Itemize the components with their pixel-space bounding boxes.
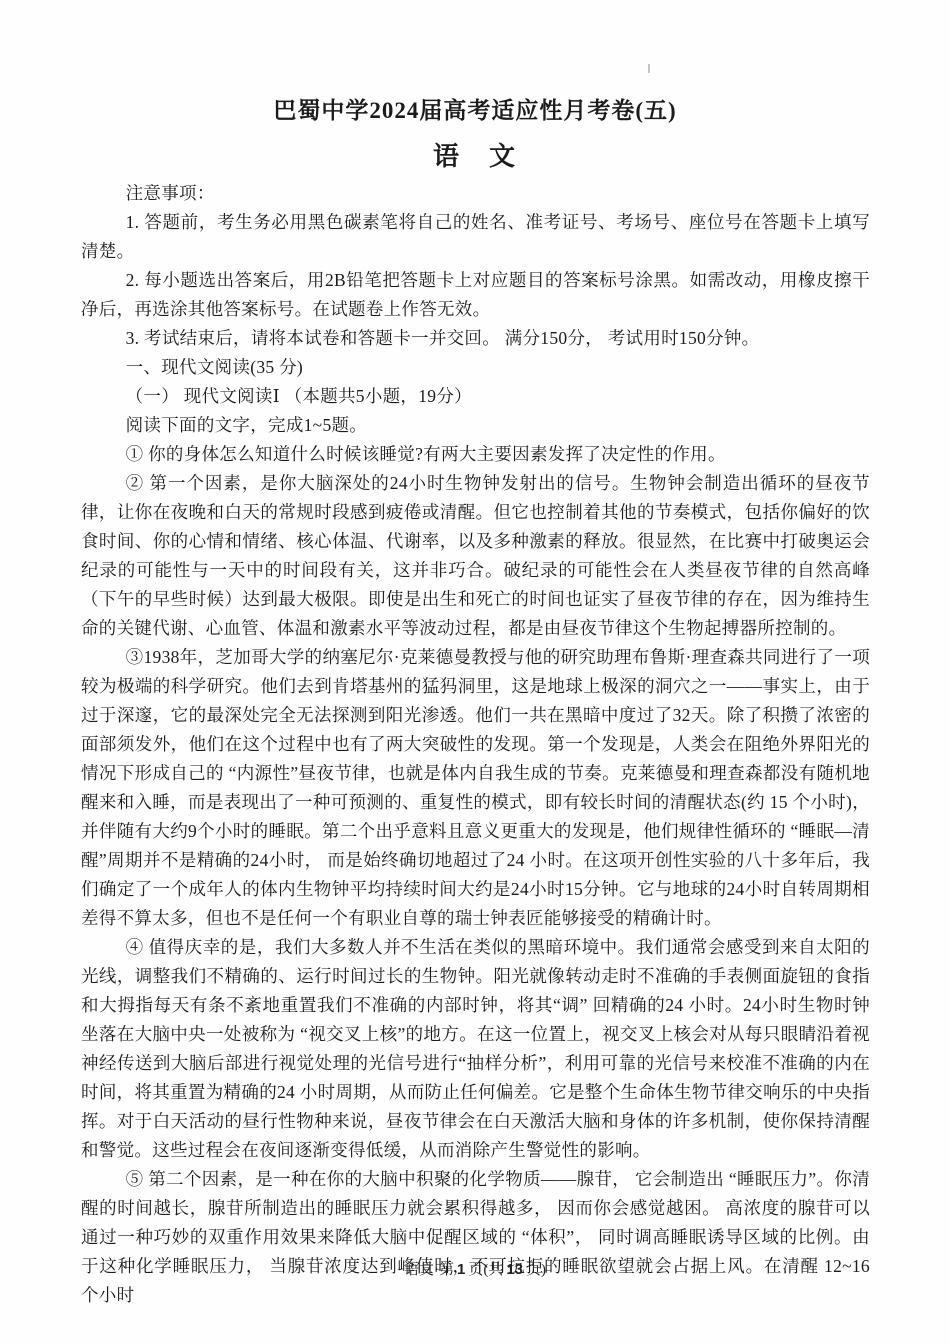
page-footer: 语文·第1页(共13页) [0, 1258, 950, 1279]
footer-total-pages: 13 [503, 1261, 526, 1278]
passage-paragraph-5: ⑤ 第二个因素，是一种在你的大脑中积聚的化学物质——腺苷， 它会制造出 “睡眠压… [81, 1165, 870, 1310]
exam-title: 巴蜀中学2024届高考适应性月考卷(五) [0, 92, 950, 125]
section-heading: 一、现代文阅读(35 分) [81, 353, 870, 382]
passage-paragraph-4: ④ 值得庆幸的是，我们大多数人并不生活在类似的黑暗环境中。我们通常会感受到来自太… [81, 933, 870, 1165]
notice-heading: 注意事项： [81, 179, 870, 208]
footer-page-number: 1 [454, 1261, 468, 1278]
exam-body: 注意事项： 1. 答题前，考生务必用黑色碳素笔将自己的姓名、准考证号、考场号、座… [81, 179, 870, 1310]
subject-title: 语 文 [0, 136, 950, 173]
subsection-heading: （一） 现代文阅读Ⅰ （本题共5小题，19分） [81, 382, 870, 411]
scan-artifact-mark [648, 64, 650, 73]
footer-suffix-label: 页) [526, 1262, 546, 1278]
notice-item-3: 3. 考试结束后，请将本试卷和答题卡一并交回。 满分150分， 考试用时150分… [81, 324, 870, 353]
passage-paragraph-2: ② 第一个因素，是你大脑深处的24小时生物钟发射出的信号。生物钟会制造出循环的昼… [81, 469, 870, 643]
passage-paragraph-1: ① 你的身体怎么知道什么时候该睡觉?有两大主要因素发挥了决定性的作用。 [81, 440, 870, 469]
notice-item-2: 2. 每小题选出答案后，用2B铅笔把答题卡上对应题目的答案标号涂黑。如需改动，用… [81, 266, 870, 324]
footer-mid-label: 页(共 [468, 1262, 503, 1278]
reading-instruction: 阅读下面的文字，完成1~5题。 [81, 411, 870, 440]
notice-item-1: 1. 答题前，考生务必用黑色碳素笔将自己的姓名、准考证号、考场号、座位号在答题卡… [81, 208, 870, 266]
footer-subject-label: 语文·第 [404, 1262, 454, 1278]
exam-paper-page: 巴蜀中学2024届高考适应性月考卷(五) 语 文 注意事项： 1. 答题前，考生… [0, 0, 950, 1344]
passage-paragraph-3: ③1938年，芝加哥大学的纳塞尼尔·克莱德曼教授与他的研究助理布鲁斯·理查森共同… [81, 643, 870, 933]
